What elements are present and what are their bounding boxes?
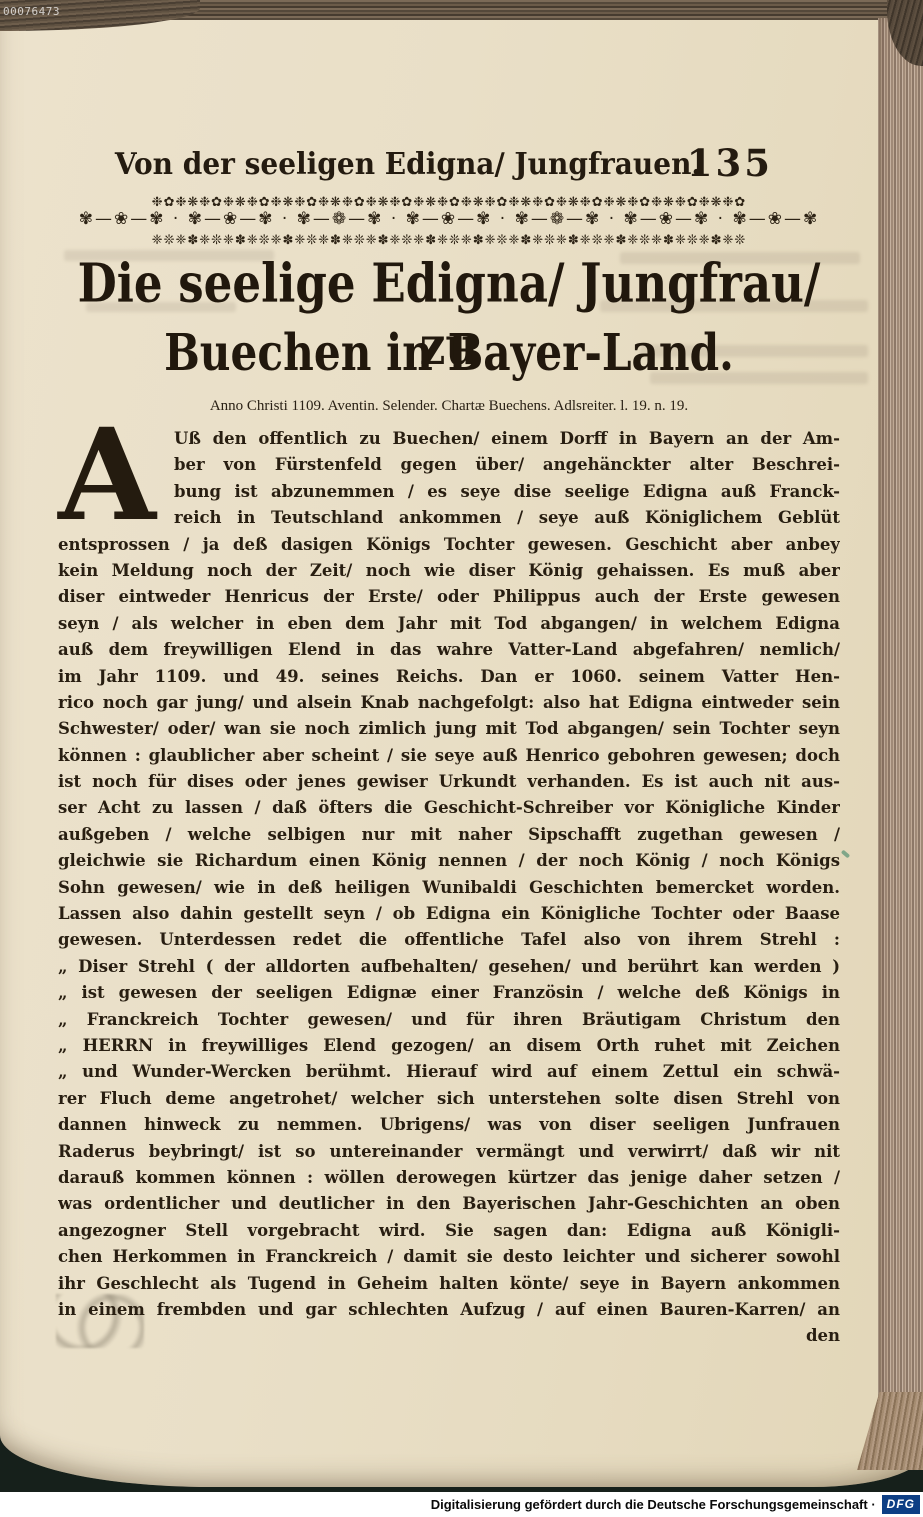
- body-line: „ Franckreich Tochter gewesen/ und für i…: [58, 1007, 840, 1033]
- body-line: seyn / als welcher in eben dem Jahr mit …: [58, 611, 840, 637]
- body-line: Uß den offentlich zu Buechen/ einem Dorf…: [58, 426, 840, 452]
- body-line: chen Herkommen in Franckreich / damit si…: [58, 1244, 840, 1270]
- body-line: darauß kommen können : wöllen derowegen …: [58, 1165, 840, 1191]
- body-line: Raderus beybringt/ ist so untereinander …: [58, 1139, 840, 1165]
- drop-cap-initial: A: [50, 426, 164, 530]
- body-line: ihr Geschlecht als Tugend in Geheim halt…: [58, 1271, 840, 1297]
- catchword: den: [58, 1323, 840, 1349]
- body-line: ser Acht zu lassen / daß öfters die Gesc…: [58, 795, 840, 821]
- body-line: rico noch gar jung/ und alsein Knab nach…: [58, 690, 840, 716]
- body-lines: Uß den offentlich zu Buechen/ einem Dorf…: [58, 426, 840, 1323]
- body-line: was ordentlicher und deutlicher in den B…: [58, 1191, 840, 1217]
- ornament-row-top: ❉✿❉❋❉✿❉❋❉✿❉❋❉✿❉❋❉✿❉❋❉✿❉❋❉✿❉❋❉✿❉❋❉✿❉❋❉✿❉❋…: [58, 195, 840, 210]
- body-line: gewesen. Unterdessen redet die offentlic…: [58, 927, 840, 953]
- source-citation-line: Anno Christi 1109. Aventin. Selender. Ch…: [58, 398, 840, 415]
- digitization-credit: Digitalisierung gefördert durch die Deut…: [431, 1497, 876, 1512]
- fore-edge-pages: [878, 18, 923, 1452]
- body-line: reich in Teutschland ankommen / seye auß…: [58, 505, 840, 531]
- book-scan: 00076473 Von der seeligen Edigna/ Jungfr…: [0, 0, 923, 1517]
- body-line: ber von Fürstenfeld gegen über/ angehänc…: [58, 452, 840, 478]
- body-line: „ und Wunder-Wercken berühmt. Hierauf wi…: [58, 1059, 840, 1085]
- body-line: außgeben / welche selbigen nur mit naher…: [58, 822, 840, 848]
- footer-bar: Digitalisierung gefördert durch die Deut…: [0, 1492, 923, 1517]
- body-line: rer Fluch deme angetrohet/ welcher sich …: [58, 1086, 840, 1112]
- body-line: können : glaublicher aber scheint / sie …: [58, 743, 840, 769]
- body-line: entsprossen / ja deß dasigen Königs Toch…: [58, 532, 840, 558]
- running-title: Von der seeligen Edigna/ Jungfrauen.: [58, 146, 758, 182]
- body-line: Schwester/ oder/ wan sie noch zimlich ju…: [58, 716, 840, 742]
- body-line: gleichwie sie Richardum einen König nenn…: [58, 848, 840, 874]
- body-line: Lassen also dahin gestellt seyn / ob Edi…: [58, 901, 840, 927]
- body-line: Sohn gewesen/ wie in deß heiligen Wuniba…: [58, 875, 840, 901]
- body-line: kein Meldung noch der Zeit/ noch wie dis…: [58, 558, 840, 584]
- body-line: auß dem freywilligen Elend in das wahre …: [58, 637, 840, 663]
- body-line: „ Diser Strehl ( der alldorten aufbehalt…: [58, 954, 840, 980]
- body-line: im Jahr 1109. und 49. seines Reichs. Dan…: [58, 664, 840, 690]
- ornament-row-middle: ✾—❀—✾ · ✾—❀—✾ · ✾—❁—✾ · ✾—❀—✾ · ✾—❁—✾ · …: [58, 209, 840, 229]
- scan-id-number: 00076473: [3, 5, 60, 18]
- ornament-row-bottom: ❈❊❈✽❈❊❈✽❈❊❈✽❈❊❈✽❈❊❈✽❈❊❈✽❈❊❈✽❈❊❈✽❈❊❈✽❈❊❈✽…: [58, 233, 840, 248]
- dfg-logo: DFG: [882, 1495, 920, 1514]
- body-line: in einem frembden und gar schlechten Auf…: [58, 1297, 840, 1323]
- body-line: angezogner Stell vorgebracht wird. Sie s…: [58, 1218, 840, 1244]
- body-line: „ HERRN in freywilliges Elend gezogen/ a…: [58, 1033, 840, 1059]
- body-line: diser eintweder Henricus der Erste/ oder…: [58, 584, 840, 610]
- body-line: bung ist abzunemmen / es seye dise seeli…: [58, 479, 840, 505]
- body-line: dannen hinweck zu nemmen. Ubrigens/ was …: [58, 1112, 840, 1138]
- body-text: A Uß den offentlich zu Buechen/ einem Do…: [58, 426, 840, 1349]
- chapter-title-line2: Buechen in Bayer-Land.: [74, 324, 825, 382]
- body-line: ist noch für dises oder jenes gewiser Ur…: [58, 769, 840, 795]
- body-line: „ ist gewesen der seeligen Edignæ einer …: [58, 980, 840, 1006]
- page-number: 135: [687, 141, 773, 185]
